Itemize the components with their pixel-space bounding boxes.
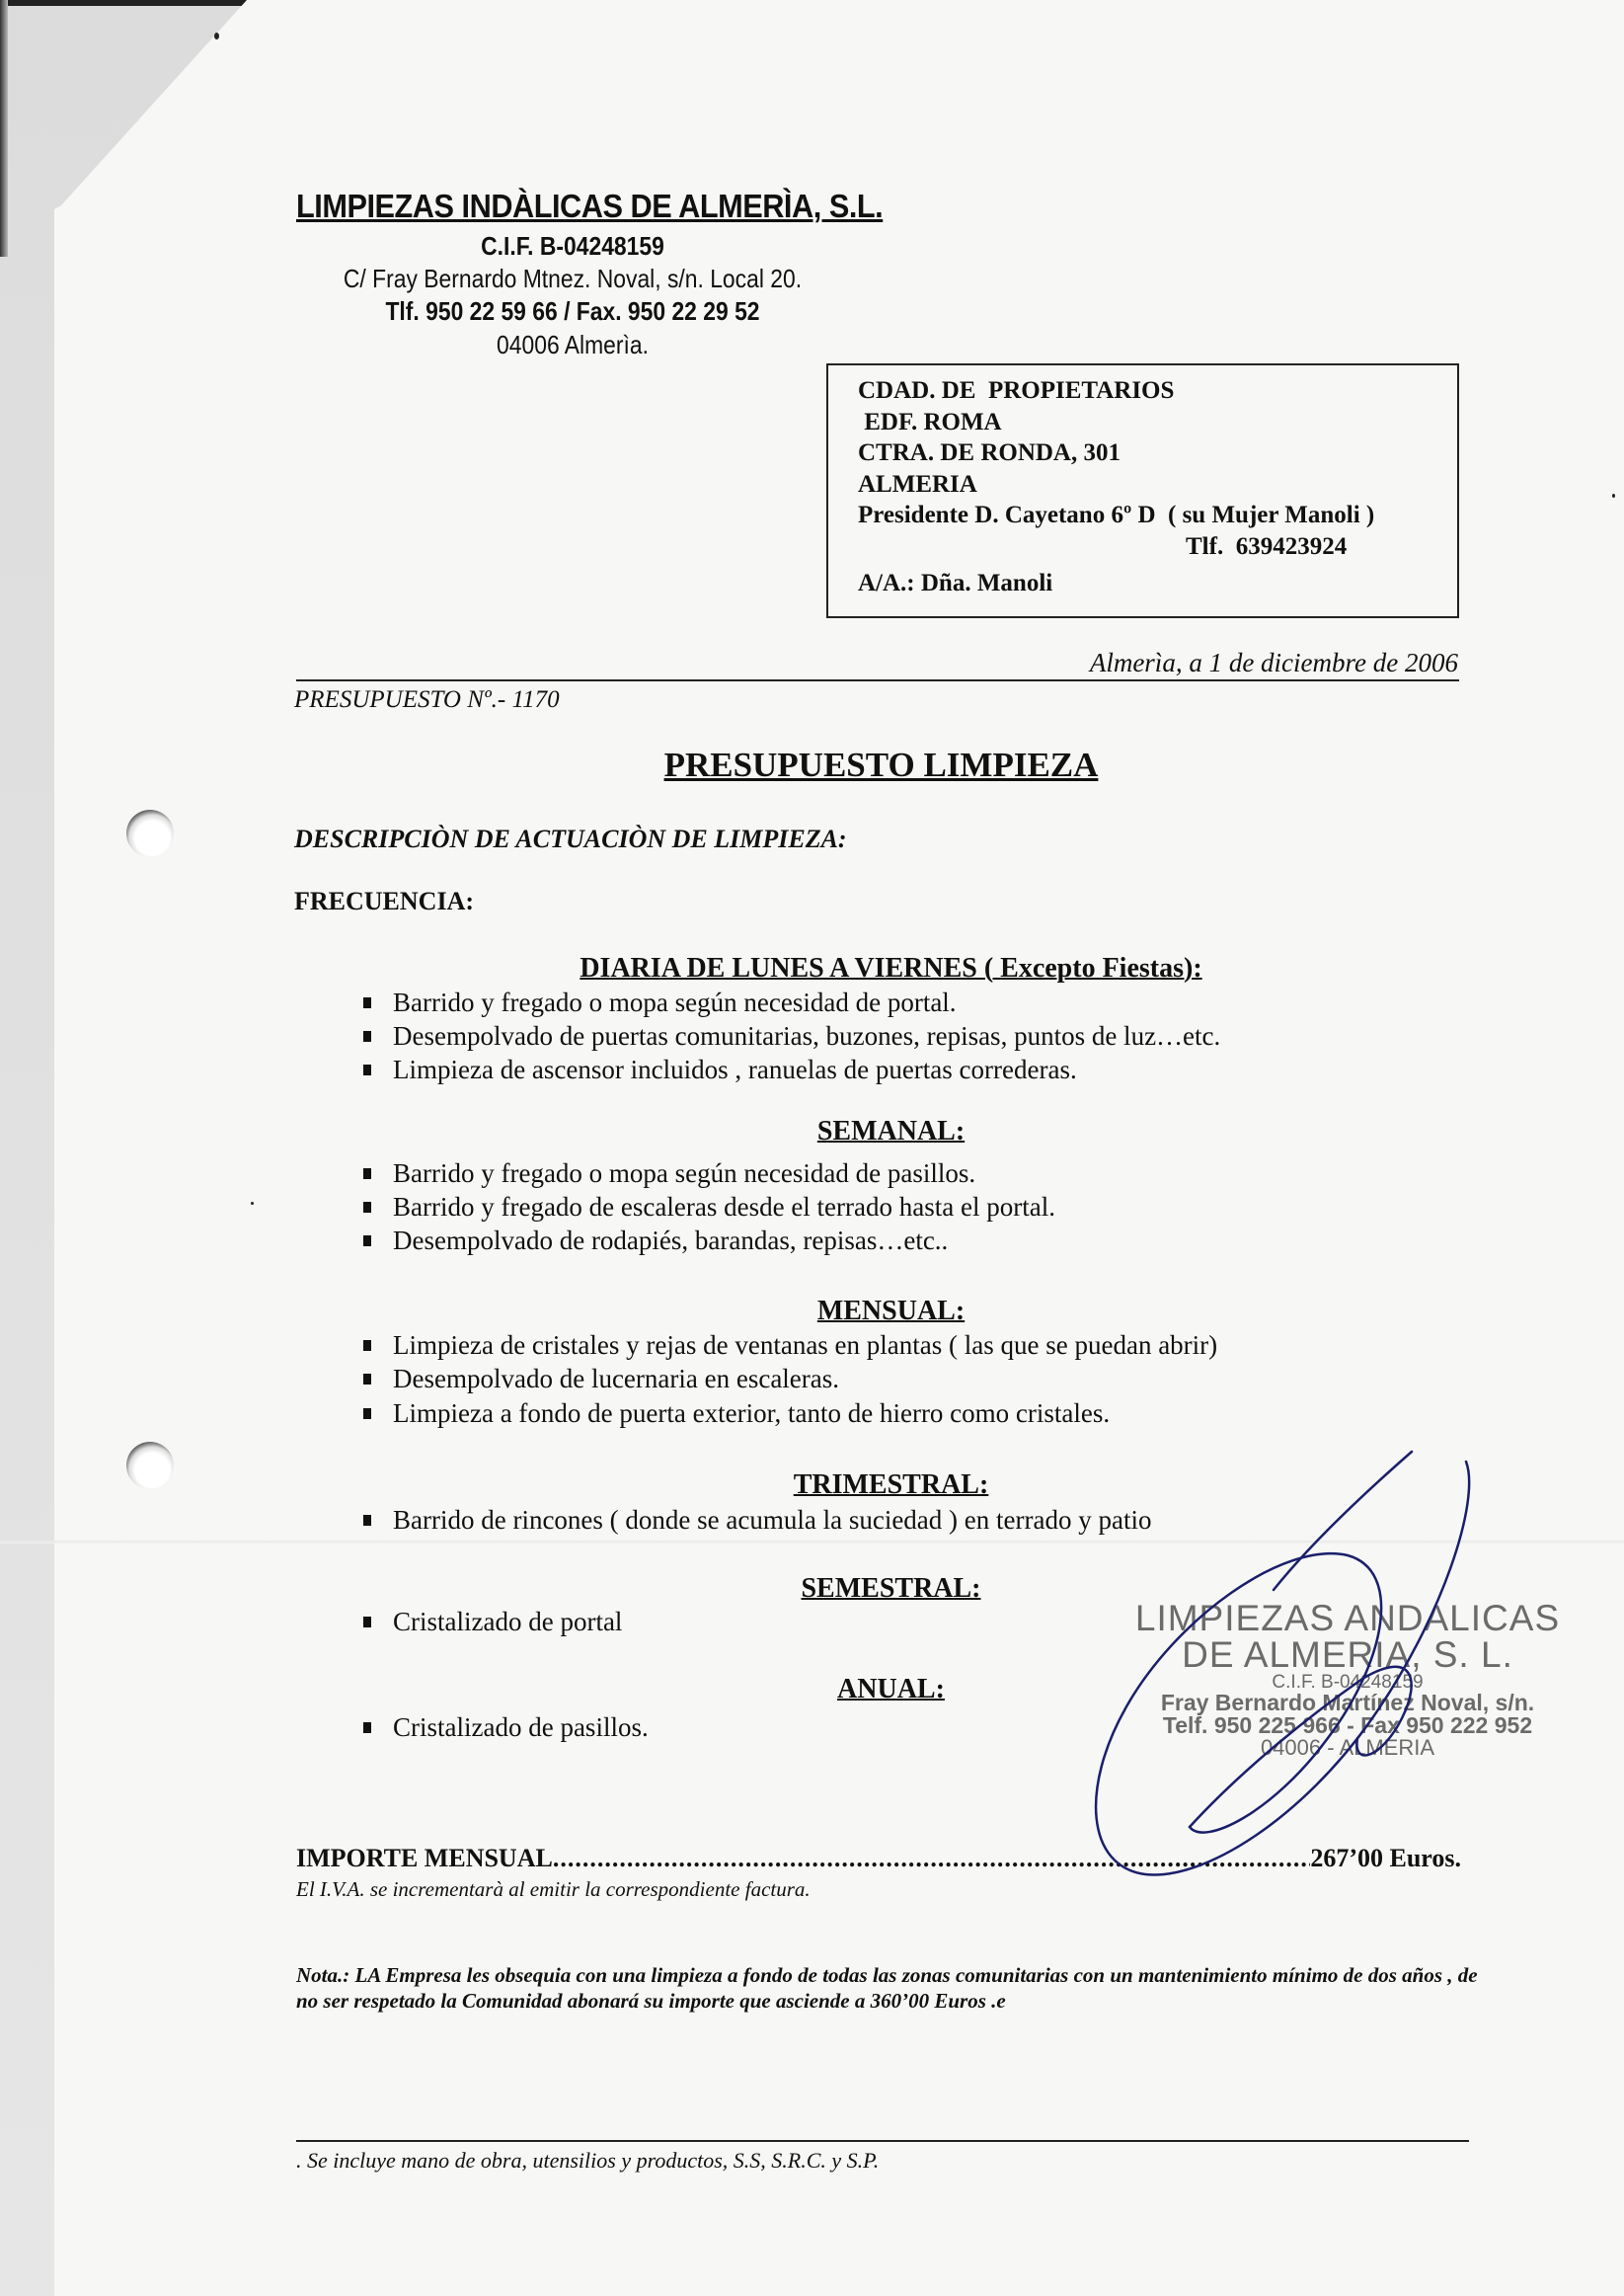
list-item: Cristalizado de portal [393,1607,622,1637]
company-address: C/ Fray Bernardo Mtnez. Noval, s/n. Loca… [312,264,833,294]
recipient-line: CDAD. DE PROPIETARIOS [858,375,1457,407]
promo-note: Nota.: LA Empresa les obsequia con una l… [296,1962,1481,2014]
list-item: Barrido de rincones ( donde se acumula l… [393,1505,1151,1536]
section-heading-text: MENSUAL: [817,1296,965,1326]
section-heading-text: SEMESTRAL: [801,1573,980,1604]
bullet-icon [363,1374,371,1385]
company-stamp: LIMPIEZAS ANDALICAS DE ALMERIA, S. L. C.… [1111,1600,1585,1759]
budget-number: PRESUPUESTO Nº.- 1170 [294,686,560,714]
list-item: Barrido y fregado o mopa según necesidad… [393,988,957,1018]
list-item-text: Limpieza de cristales y rejas de ventana… [393,1330,1217,1360]
dust-speck [1612,494,1615,498]
document-title-text: PRESUPUESTO LIMPIEZA [664,746,1099,784]
list-item: Desempolvado de lucernaria en escaleras. [393,1364,839,1394]
paper-fold-line [0,1541,1624,1544]
header-divider [296,679,1459,681]
list-item: Barrido y fregado o mopa según necesidad… [393,1158,975,1189]
bullet-icon [363,997,371,1008]
list-item: Limpieza de cristales y rejas de ventana… [393,1330,1217,1361]
stamp-line: 04006 - ALMERIA [1111,1737,1585,1759]
company-city: 04006 Almerìa. [312,330,833,360]
dust-speck [214,33,219,40]
frequency-label: FRECUENCIA: [294,887,474,916]
stamp-line: LIMPIEZAS ANDALICAS [1111,1600,1585,1636]
inclusions-note: . Se incluye mano de obra, utensilios y … [296,2148,879,2174]
leader-dots: ........................................… [553,1844,1311,1873]
list-item-text: Desempolvado de rodapiés, barandas, repi… [393,1226,948,1255]
monthly-amount-value: 267’00 Euros. [1310,1844,1461,1873]
list-item-text: Barrido de rincones ( donde se acumula l… [393,1505,1151,1535]
scan-edge-top [0,0,247,6]
recipient-line: ALMERIA [858,469,1457,501]
section-heading-daily: DIARIA DE LUNES A VIERNES ( Excepto Fies… [79,953,1624,985]
recipient-line: CTRA. DE RONDA, 301 [858,437,1457,469]
bullet-icon [363,1202,371,1213]
list-item: Desempolvado de rodapiés, barandas, repi… [393,1226,948,1256]
bullet-icon [363,1722,371,1733]
recipient-president: Presidente D. Cayetano 6º D ( su Mujer M… [858,500,1457,531]
list-item-text: Limpieza a fondo de puerta exterior, tan… [393,1398,1110,1428]
bullet-icon [363,1515,371,1526]
description-heading: DESCRIPCIÒN DE ACTUACIÒN DE LIMPIEZA: [294,825,847,854]
list-item-text: Barrido y fregado de escaleras desde el … [393,1192,1055,1222]
scan-edge-left [0,0,8,257]
list-item: Cristalizado de pasillos. [393,1712,649,1743]
section-heading-weekly: SEMANAL: [79,1116,1624,1148]
punch-hole-icon [126,810,174,857]
list-item-text: Barrido y fregado o mopa según necesidad… [393,988,957,1017]
company-name: LIMPIEZAS INDÀLICAS DE ALMERÌA, S.L. [296,188,883,225]
monthly-amount-row: IMPORTE MENSUAL ........................… [296,1844,1461,1873]
bullet-icon [363,1617,371,1627]
list-item-text: Barrido y fregado o mopa según necesidad… [393,1158,975,1188]
recipient-phone: Tlf. 639423924 [858,531,1457,563]
company-cif: C.I.F. B-04248159 [312,231,833,262]
bullet-icon [363,1031,371,1042]
list-item-text: Desempolvado de puertas comunitarias, bu… [393,1021,1220,1051]
list-item: Limpieza a fondo de puerta exterior, tan… [393,1398,1110,1429]
dust-speck [251,1202,254,1205]
list-item-text: Cristalizado de pasillos. [393,1712,649,1742]
recipient-box: CDAD. DE PROPIETARIOS EDF. ROMA CTRA. DE… [826,363,1459,618]
recipient-line: EDF. ROMA [858,407,1457,438]
bullet-icon [363,1408,371,1419]
list-item: Barrido y fregado de escaleras desde el … [393,1192,1055,1223]
list-item-text: Cristalizado de portal [393,1607,622,1636]
list-item-text: Desempolvado de lucernaria en escaleras. [393,1364,839,1393]
list-item: Limpieza de ascensor incluidos , ranuela… [393,1055,1077,1085]
stamp-line: Telf. 950 225 966 - Fax 950 222 952 [1111,1714,1585,1737]
document-date: Almerìa, a 1 de diciembre de 2006 [1090,648,1458,678]
section-heading-text: DIARIA DE LUNES A VIERNES ( Excepto Fies… [580,953,1201,984]
bullet-icon [363,1340,371,1351]
bullet-icon [363,1235,371,1246]
stamp-line: Fray Bernardo Martínez Noval, s/n. [1111,1692,1585,1714]
monthly-amount-label: IMPORTE MENSUAL [296,1844,553,1873]
bullet-icon [363,1168,371,1179]
vat-note: El I.V.A. se incrementarà al emitir la c… [296,1877,811,1902]
section-heading-monthly: MENSUAL: [79,1296,1624,1327]
company-phone-fax: Tlf. 950 22 59 66 / Fax. 950 22 29 52 [312,296,833,327]
footer-divider [296,2140,1469,2142]
section-heading-text: TRIMESTRAL: [794,1469,989,1500]
recipient-attention: A/A.: Dña. Manoli [858,568,1457,599]
list-item-text: Limpieza de ascensor incluidos , ranuela… [393,1055,1077,1084]
stamp-line: DE ALMERIA, S. L. [1111,1636,1585,1673]
section-heading-text: ANUAL: [837,1674,945,1704]
document-title: PRESUPUESTO LIMPIEZA [0,746,1624,785]
list-item: Desempolvado de puertas comunitarias, bu… [393,1021,1220,1052]
section-heading-quarterly: TRIMESTRAL: [79,1469,1624,1501]
bullet-icon [363,1065,371,1075]
section-heading-text: SEMANAL: [817,1116,965,1147]
